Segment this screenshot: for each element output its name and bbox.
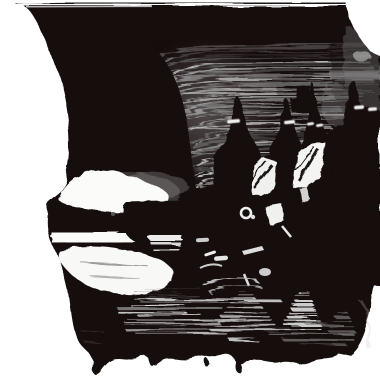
scratch-stroke bbox=[268, 333, 353, 334]
eye-slit bbox=[354, 105, 364, 109]
artwork-canvas: Black-and-white ink brush illustration: … bbox=[0, 0, 380, 382]
gun-barrel bbox=[123, 199, 235, 247]
ink-illustration: Black-and-white ink brush illustration: … bbox=[0, 0, 380, 382]
eye-slit bbox=[368, 107, 377, 111]
scratch-stroke bbox=[135, 299, 280, 300]
scratch-stroke bbox=[282, 339, 354, 340]
scratch-stroke bbox=[119, 312, 187, 313]
